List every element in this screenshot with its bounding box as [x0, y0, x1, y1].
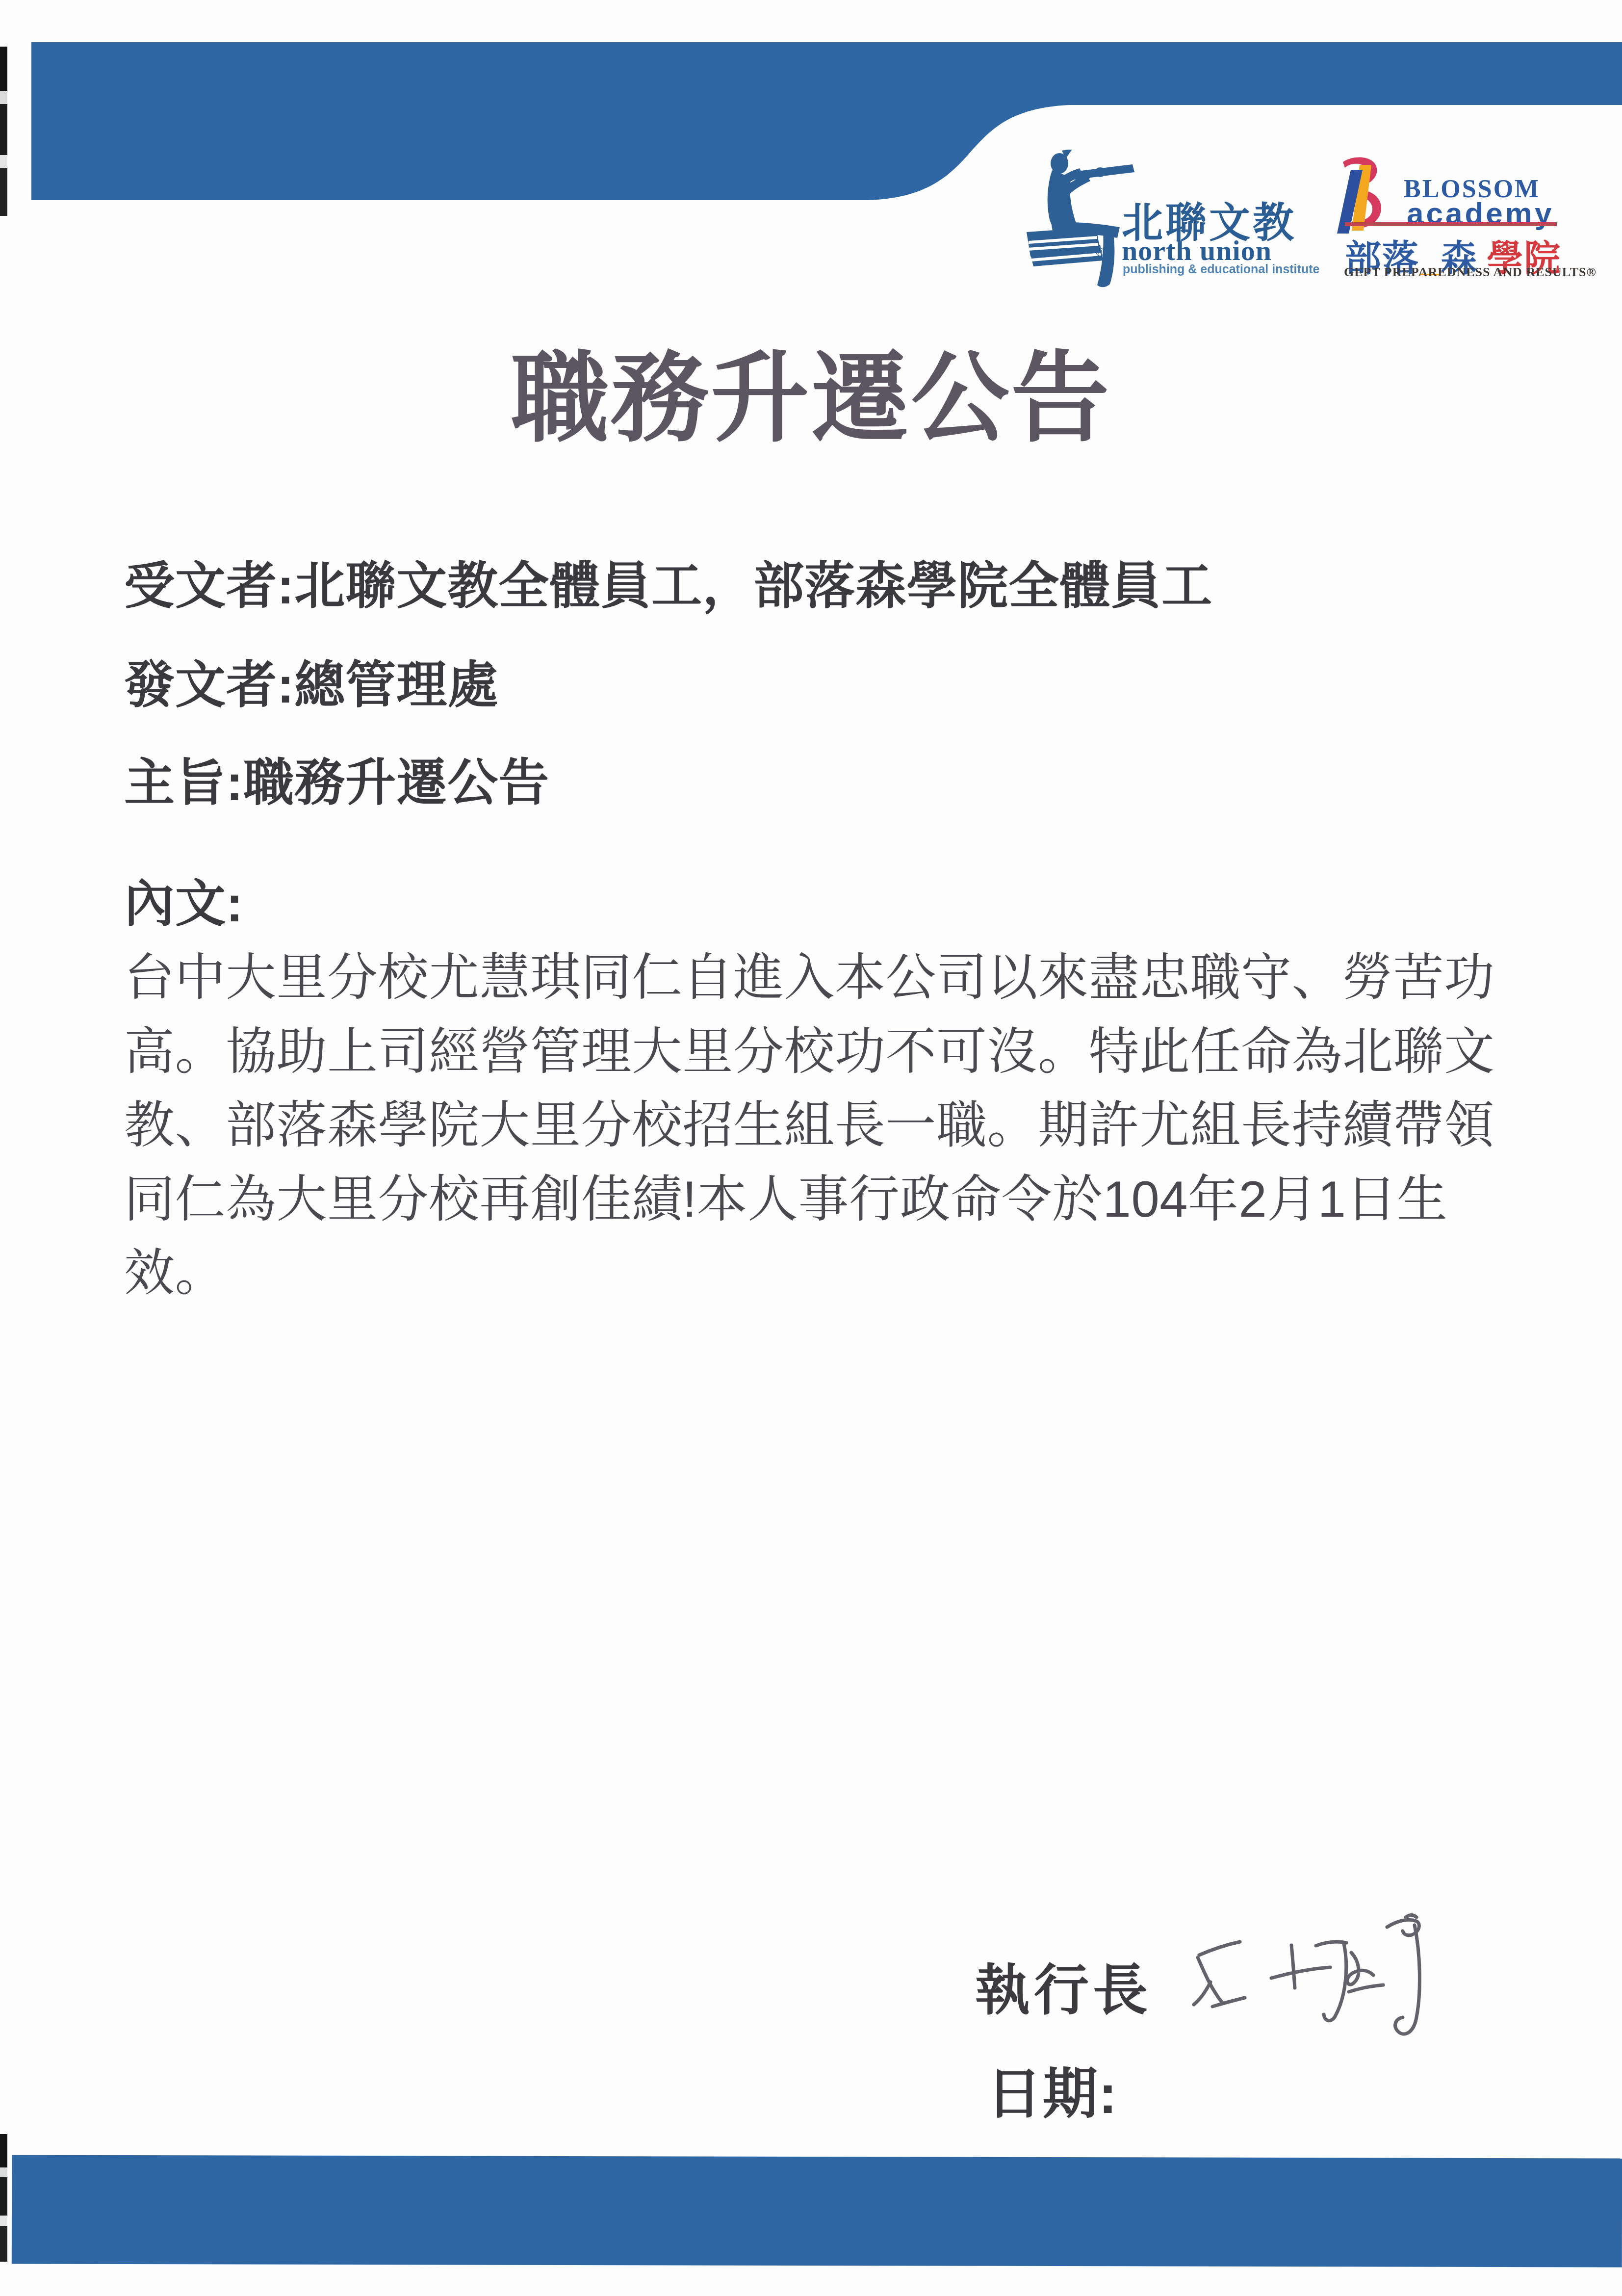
- recipient-line: 受文者:北聯文教全體員工，部落森學院全體員工: [124, 552, 1212, 621]
- blossom-academy-logo: BLOSSOM academy 部落_森學院 GEPT PREPAREDNESS…: [1333, 155, 1578, 283]
- north-union-tagline: publishing & educational institute: [1123, 262, 1319, 277]
- blossom-tagline: GEPT PREPAREDNESS AND RESULTS®: [1344, 265, 1596, 280]
- subject-line: 主旨:職務升遷公告: [124, 749, 549, 817]
- body-line: 同仁為大里分校再創佳績!本人事行政命令於104年2月1日生: [124, 1163, 1495, 1237]
- blossom-red-underline: [1345, 222, 1557, 226]
- sender-value: 總管理處: [294, 657, 498, 713]
- document-page: ® 北聯文教 north union publishing & educatio…: [0, 0, 1622, 2296]
- registered-mark: ®: [1096, 246, 1105, 260]
- sender-line: 發文者:總管理處: [124, 651, 498, 720]
- content-label: 內文:: [124, 870, 243, 939]
- scan-artifact-bottom-left: [0, 2134, 7, 2262]
- body-line: 台中大里分校尤慧琪同仁自進入本公司以來盡忠職守、勞苦功: [124, 941, 1495, 1015]
- body-line: 效。: [124, 1236, 1495, 1310]
- body-line: 高。協助上司經營管理大里分校功不可沒。特此任命為北聯文: [124, 1015, 1495, 1089]
- date-label: 日期:: [987, 2059, 1118, 2130]
- page-title: 職務升遷公告: [0, 320, 1622, 461]
- sender-label: 發文者:: [124, 657, 294, 713]
- body-line: 教、部落森學院大里分校招生組長一職。期許尤組長持續帶領: [124, 1089, 1495, 1163]
- subject-label: 主旨:: [124, 755, 243, 811]
- handwritten-signature: [1177, 1904, 1452, 2061]
- north-union-name-en: north union: [1122, 234, 1272, 267]
- north-union-logo: ® 北聯文教 north union publishing & educatio…: [1023, 150, 1327, 297]
- subject-value: 職務升遷公告: [243, 755, 549, 811]
- executive-title: 執行長: [975, 1955, 1152, 2027]
- recipient-label: 受文者:: [124, 558, 294, 614]
- body-paragraph: 台中大里分校尤慧琪同仁自進入本公司以來盡忠職守、勞苦功 高。協助上司經營管理大里…: [124, 941, 1495, 1310]
- scan-artifact-top-left: [0, 47, 7, 216]
- footer-band: [12, 2155, 1622, 2268]
- recipient-value: 北聯文教全體員工，部落森學院全體員工: [294, 558, 1212, 614]
